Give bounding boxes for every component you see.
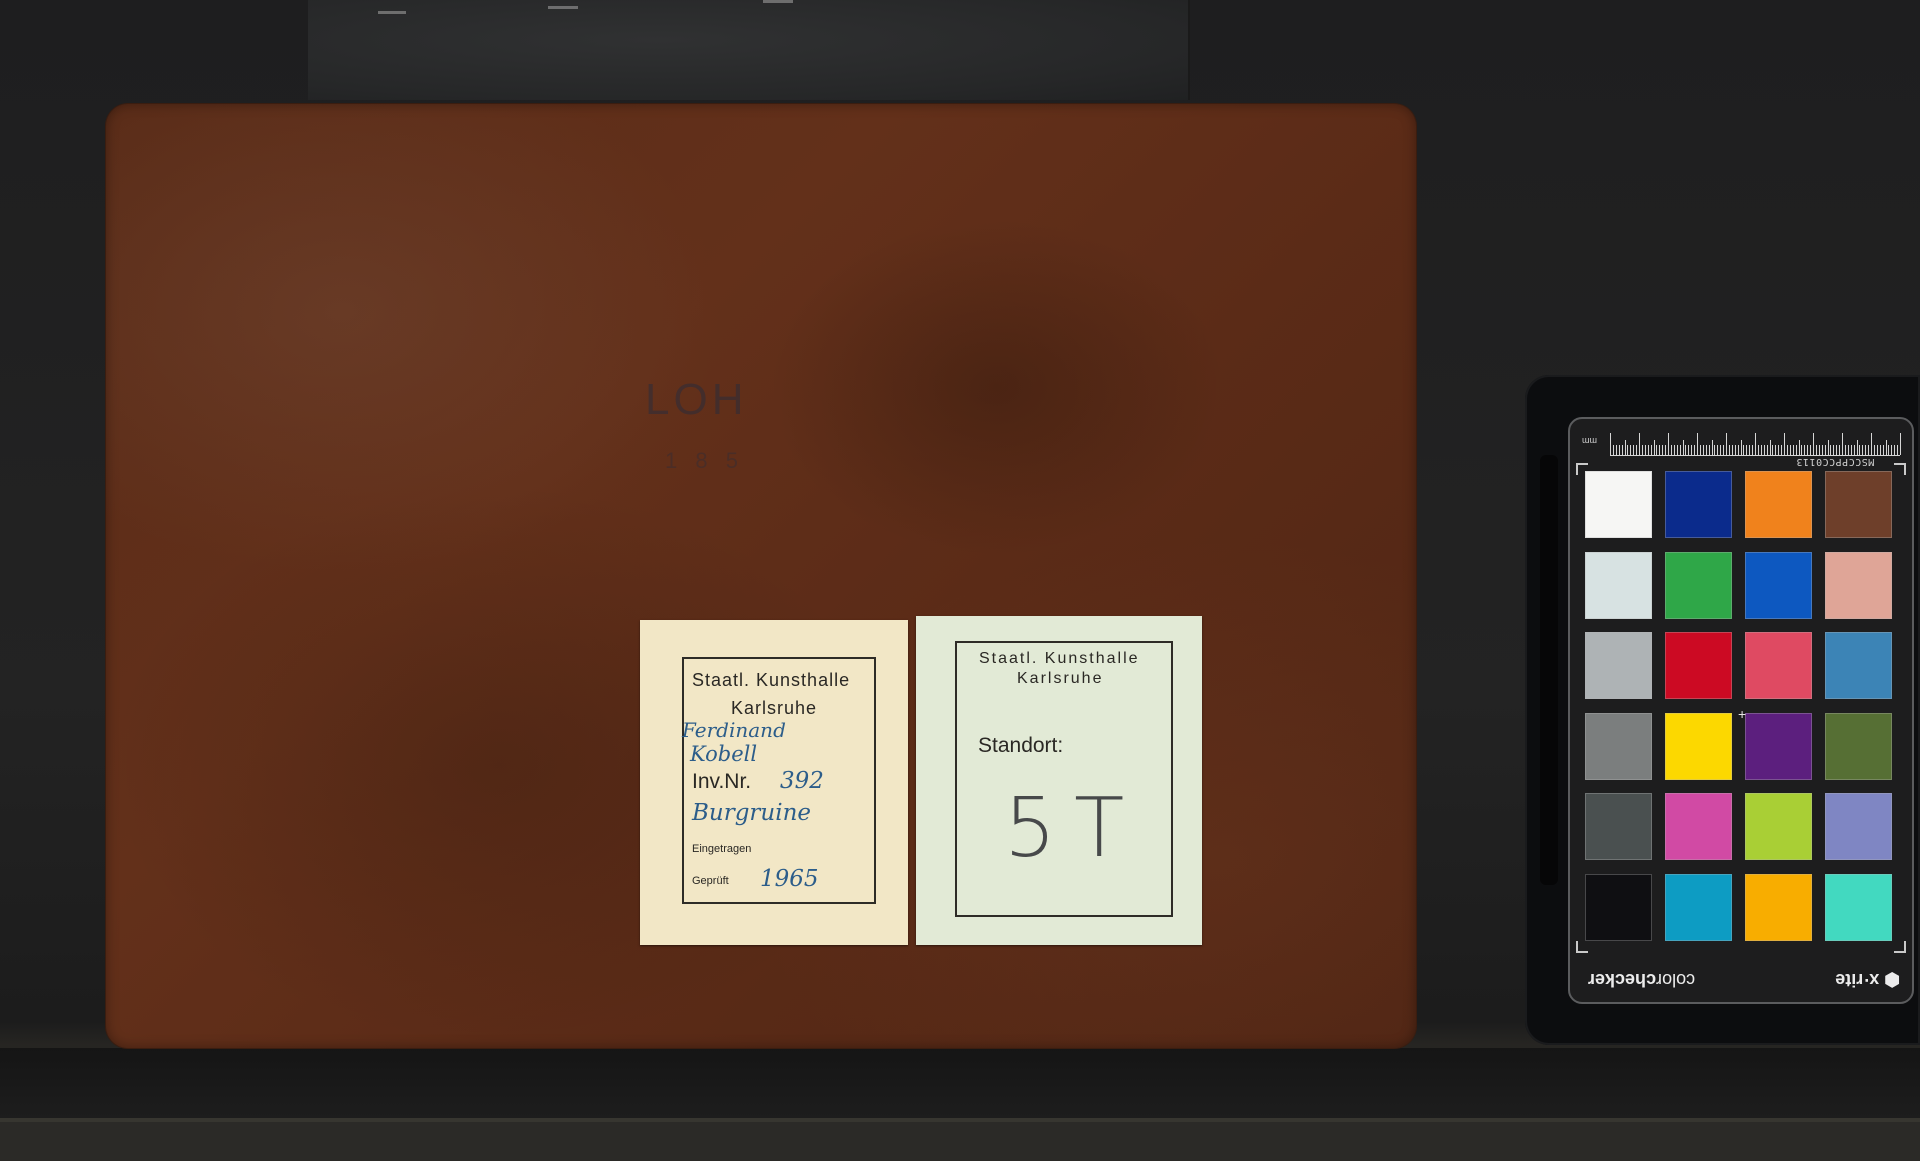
ruler-tick (1741, 440, 1742, 455)
ruler-tick (1651, 445, 1652, 455)
ruler-tick (1610, 433, 1611, 455)
ruler-tick (1900, 433, 1901, 455)
ruler-tick (1865, 445, 1866, 455)
ruler-tick (1749, 445, 1750, 455)
ruler-tick (1758, 445, 1759, 455)
color-swatch (1665, 793, 1732, 860)
brand-logo: ⬢ x·rite (1835, 969, 1900, 990)
ruler-tick (1868, 445, 1869, 455)
ruler-tick (1717, 445, 1718, 455)
board-mark (548, 6, 578, 9)
ruler-tick (1772, 445, 1773, 455)
location-label: Staatl. Kunsthalle Karlsruhe Standort: 5… (916, 616, 1202, 945)
ruler-tick (1674, 445, 1675, 455)
ruler-tick (1613, 445, 1614, 455)
corner-mark (1894, 941, 1906, 953)
ruler-tick (1732, 445, 1733, 455)
ruler-tick (1836, 445, 1837, 455)
ruler-tick (1703, 445, 1704, 455)
ruler-tick (1767, 445, 1768, 455)
ruler-tick (1639, 433, 1640, 455)
ruler-tick (1883, 445, 1884, 455)
ruler-tick (1723, 445, 1724, 455)
color-swatch (1585, 552, 1652, 619)
color-swatch (1665, 471, 1732, 538)
color-swatch (1585, 471, 1652, 538)
color-swatch (1745, 874, 1812, 941)
ruler-tick (1726, 433, 1727, 455)
ruler-tick (1801, 445, 1802, 455)
ruler-tick (1790, 445, 1791, 455)
ruler-tick (1888, 445, 1889, 455)
brand-name: x·rite (1835, 970, 1879, 990)
ruler-tick (1828, 440, 1829, 455)
ruler-tick (1627, 445, 1628, 455)
brand-row: ⬢ x·rite colorchecker (1570, 966, 1912, 992)
ruler-tick (1735, 445, 1736, 455)
artist-last-name: Kobell (690, 742, 757, 766)
ruler-tick (1819, 445, 1820, 455)
color-swatch (1665, 874, 1732, 941)
shelf (0, 1048, 1920, 1118)
ruler-tick (1662, 445, 1663, 455)
ruler-tick (1630, 445, 1631, 455)
color-swatch (1825, 793, 1892, 860)
ruler-tick (1764, 445, 1765, 455)
inventory-number-label: Inv.Nr. (692, 770, 751, 794)
color-swatch (1585, 793, 1652, 860)
ruler-tick (1752, 445, 1753, 455)
ruler-tick (1709, 445, 1710, 455)
ruler-tick (1677, 445, 1678, 455)
crosshair-icon: + (1738, 706, 1746, 722)
product-name: colorchecker (1588, 969, 1695, 990)
ruler-tick (1668, 433, 1669, 455)
color-swatch (1825, 874, 1892, 941)
ruler-tick (1822, 445, 1823, 455)
location-value: 5T (1004, 781, 1142, 876)
ruler-tick (1857, 440, 1858, 455)
color-swatch (1585, 874, 1652, 941)
color-swatch (1745, 632, 1812, 699)
inventory-label: Staatl. Kunsthalle Karlsruhe Ferdinand K… (640, 620, 908, 945)
color-swatch (1585, 632, 1652, 699)
ruler-tick (1659, 445, 1660, 455)
inventory-number: 392 (780, 768, 824, 794)
panel-stamp-sub: 1 8 5 (665, 448, 744, 474)
ruler-tick (1880, 445, 1881, 455)
corner-mark (1894, 463, 1906, 475)
ruler-unit-label: mm (1582, 436, 1597, 446)
ruler-tick (1729, 445, 1730, 455)
color-swatch (1825, 713, 1892, 780)
ruler-tick (1804, 445, 1805, 455)
board-mark (378, 11, 406, 14)
ruler-tick (1775, 445, 1776, 455)
ruler-tick (1894, 445, 1895, 455)
color-swatch (1585, 713, 1652, 780)
ruler-tick (1633, 445, 1634, 455)
ruler-tick (1645, 445, 1646, 455)
color-swatch (1745, 552, 1812, 619)
ruler-tick (1859, 445, 1860, 455)
ruler-tick (1738, 445, 1739, 455)
xrite-logo-icon: ⬢ (1884, 970, 1900, 990)
institution-city: Karlsruhe (731, 698, 817, 719)
ruler-tick (1642, 445, 1643, 455)
ruler-tick (1781, 445, 1782, 455)
ruler-tick (1842, 433, 1843, 455)
ruler-tick (1622, 445, 1623, 455)
ruler-tick (1770, 440, 1771, 455)
product-name-prefix: color (1656, 970, 1695, 990)
ruler-tick (1784, 433, 1785, 455)
entered-label: Eingetragen (692, 843, 751, 855)
shelf-lower (0, 1122, 1920, 1161)
serial-number: MSCCPPCC0113 (1796, 456, 1874, 467)
ruler-tick (1625, 440, 1626, 455)
ruler-tick (1813, 433, 1814, 455)
ruler-tick (1825, 445, 1826, 455)
ruler-tick (1619, 445, 1620, 455)
background-board (308, 0, 1190, 100)
color-swatch (1745, 471, 1812, 538)
ruler-tick (1891, 445, 1892, 455)
ruler-tick (1830, 445, 1831, 455)
ruler-tick (1848, 445, 1849, 455)
ruler-tick (1778, 445, 1779, 455)
ruler-tick (1685, 445, 1686, 455)
ruler-tick (1897, 445, 1898, 455)
ruler-tick (1793, 445, 1794, 455)
ruler-tick (1665, 445, 1666, 455)
color-swatch (1665, 632, 1732, 699)
ruler-tick (1656, 445, 1657, 455)
ruler-tick (1845, 445, 1846, 455)
ruler-tick (1746, 445, 1747, 455)
colorchecker-card: mm MSCCPPCC0113 + ⬢ x·rite colorchecker (1568, 417, 1914, 1004)
checked-label: Geprüft (692, 875, 729, 887)
ruler-tick (1616, 445, 1617, 455)
ruler-tick (1688, 445, 1689, 455)
ruler-tick (1697, 433, 1698, 455)
ruler-tick (1743, 445, 1744, 455)
ruler-tick (1816, 445, 1817, 455)
ruler-tick (1851, 445, 1852, 455)
ruler-tick (1877, 445, 1878, 455)
ruler-tick (1854, 445, 1855, 455)
artist-first-name: Ferdinand (682, 718, 786, 742)
ruler-tick (1671, 445, 1672, 455)
mm-ruler (1610, 427, 1900, 456)
ruler-tick (1761, 445, 1762, 455)
ruler-tick (1648, 445, 1649, 455)
ruler-tick (1654, 440, 1655, 455)
product-name-bold: checker (1588, 970, 1656, 990)
ruler-tick (1874, 445, 1875, 455)
ruler-tick (1714, 445, 1715, 455)
location-field-label: Standort: (978, 734, 1063, 758)
ruler-tick (1700, 445, 1701, 455)
ruler-tick (1680, 445, 1681, 455)
corner-mark (1576, 941, 1588, 953)
panel-stamp: LOH (645, 375, 747, 425)
ruler-tick (1833, 445, 1834, 455)
ruler-tick (1796, 445, 1797, 455)
ruler-tick (1712, 440, 1713, 455)
color-swatch (1825, 632, 1892, 699)
institution-name: Staatl. Kunsthalle (692, 670, 850, 691)
color-swatch (1745, 713, 1812, 780)
ruler-tick (1787, 445, 1788, 455)
ruler-tick (1683, 440, 1684, 455)
ruler-tick (1755, 433, 1756, 455)
ruler-tick (1862, 445, 1863, 455)
ruler-tick (1694, 445, 1695, 455)
color-swatch (1665, 552, 1732, 619)
institution-name: Staatl. Kunsthalle (979, 650, 1140, 668)
ruler-tick (1720, 445, 1721, 455)
color-swatch (1825, 471, 1892, 538)
artwork-title: Burgruine (692, 800, 811, 826)
ruler-tick (1691, 445, 1692, 455)
ruler-tick (1839, 445, 1840, 455)
color-swatch (1745, 793, 1812, 860)
ruler-tick (1810, 445, 1811, 455)
ruler-tick (1807, 445, 1808, 455)
color-swatch (1825, 552, 1892, 619)
ruler-tick (1871, 433, 1872, 455)
color-swatch (1665, 713, 1732, 780)
checked-year: 1965 (760, 866, 819, 892)
ruler-tick (1886, 440, 1887, 455)
colorchecker-hinge (1540, 455, 1558, 885)
ruler-tick (1799, 440, 1800, 455)
institution-city: Karlsruhe (1017, 670, 1103, 688)
board-mark (763, 0, 793, 3)
ruler-tick (1706, 445, 1707, 455)
ruler-tick (1636, 445, 1637, 455)
